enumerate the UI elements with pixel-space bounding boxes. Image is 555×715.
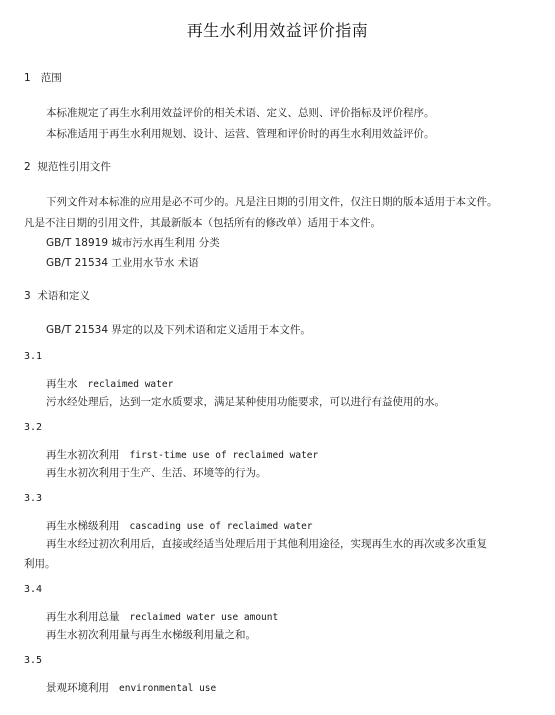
- term-number: 3.4: [24, 583, 42, 597]
- term-number: 3.5: [24, 654, 42, 668]
- term-number: 3.3: [24, 492, 42, 506]
- term-entry: 再生水reclaimed water: [46, 377, 173, 392]
- term-entry: 再生水初次利用first-time use of reclaimed water: [46, 448, 318, 463]
- reference-item: GB/T 18919 城市污水再生利用 分类: [46, 236, 220, 250]
- term-zh: 再生水梯级利用: [46, 520, 120, 532]
- section-title: 规范性引用文件: [37, 161, 111, 173]
- term-zh: 再生水: [46, 378, 78, 390]
- section-number: 2: [24, 161, 31, 173]
- section-1-heading: 1 范围: [24, 71, 62, 85]
- scope-paragraph-1: 本标准规定了再生水利用效益评价的相关术语、定义、总则、评价指标及评价程序。: [46, 106, 435, 120]
- term-zh: 再生水利用总量: [46, 611, 120, 623]
- references-paragraph-line-2: 凡是不注日期的引用文件，其最新版本（包括所有的修改单）适用于本文件。: [24, 216, 381, 230]
- scope-paragraph-2: 本标准适用于再生水利用规划、设计、运营、管理和评价时的再生水利用效益评价。: [46, 127, 435, 141]
- term-definition-line-2: 利用。: [24, 557, 56, 571]
- section-3-heading: 3 术语和定义: [24, 289, 90, 303]
- term-en: cascading use of reclaimed water: [130, 521, 313, 532]
- term-definition: 再生水初次利用量与再生水梯级利用量之和。: [46, 628, 256, 642]
- section-number: 3: [24, 290, 31, 302]
- term-zh: 再生水初次利用: [46, 449, 120, 461]
- document-title: 再生水利用效益评价指南: [0, 18, 555, 41]
- term-entry: 再生水利用总量reclaimed water use amount: [46, 610, 278, 625]
- section-number: 1: [24, 72, 31, 84]
- terms-intro: GB/T 21534 界定的以及下列术语和定义适用于本文件。: [46, 323, 311, 337]
- term-entry: 再生水梯级利用cascading use of reclaimed water: [46, 519, 313, 534]
- term-definition-line-1: 再生水经过初次利用后，直接或经适当处理后用于其他利用途径，实现再生水的再次或多次…: [46, 537, 487, 551]
- section-title: 术语和定义: [37, 290, 90, 302]
- reference-item: GB/T 21534 工业用水节水 术语: [46, 256, 199, 270]
- term-entry: 景观环境利用environmental use: [46, 681, 216, 696]
- term-number: 3.1: [24, 350, 42, 364]
- term-en: reclaimed water use amount: [130, 612, 279, 623]
- term-en: environmental use: [119, 683, 216, 694]
- section-title: 范围: [41, 72, 62, 84]
- references-paragraph-line-1: 下列文件对本标准的应用是必不可少的。凡是注日期的引用文件，仅注日期的版本适用于本…: [46, 195, 498, 209]
- term-en: first-time use of reclaimed water: [130, 450, 319, 461]
- term-definition: 再生水初次利用于生产、生活、环境等的行为。: [46, 466, 267, 480]
- term-en: reclaimed water: [88, 379, 174, 390]
- section-2-heading: 2 规范性引用文件: [24, 160, 111, 174]
- term-zh: 景观环境利用: [46, 682, 109, 694]
- term-number: 3.2: [24, 421, 42, 435]
- term-definition: 污水经处理后，达到一定水质要求，满足某种使用功能要求，可以进行有益使用的水。: [46, 395, 445, 409]
